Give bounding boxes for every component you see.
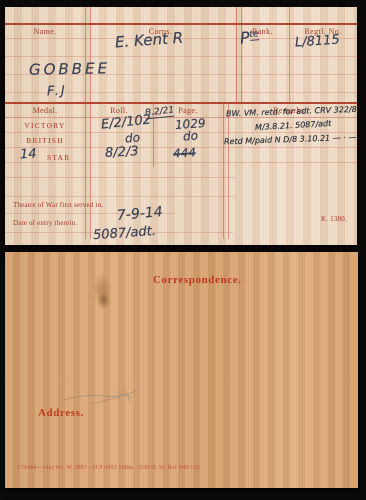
scanned-medal-index-card: Name. Corps. Rank. Regtl. No. E. Kent R … — [0, 0, 366, 500]
medal-name-victory: VICTORY — [5, 121, 85, 130]
roll-entry-victory: E/2/102 — [100, 112, 151, 132]
column-divider-rank-regtl — [289, 7, 290, 102]
form-code: K. 1380. — [321, 215, 347, 223]
column-divider-corps-rank — [236, 7, 242, 102]
rule-mid-heavy — [5, 102, 357, 104]
medal-star-prefix-entry: 14 — [20, 147, 37, 163]
pencil-scribble — [60, 382, 140, 408]
initials-entry: F.J — [47, 84, 67, 100]
address-label: Address. — [38, 407, 84, 419]
theatre-of-war-label: Theatre of War first served in. — [13, 201, 103, 209]
reference-annotation: 5087/adt. — [93, 224, 157, 243]
printer-imprint: 179484—14a) Wt. W 3987—H.P 6451 500m. 19… — [17, 465, 200, 471]
medal-column-header: Medal. — [5, 106, 85, 115]
correspondence-label: Correspondence. — [153, 274, 242, 286]
table-row-line — [5, 132, 357, 133]
rank-entry-sup: te — [249, 29, 259, 41]
remarks-line-3: Retd M/paid N D/8 3.10.21 — · — — [224, 133, 357, 147]
surname-entry: GOBBEE — [29, 59, 110, 78]
ruled-line — [5, 56, 357, 57]
table-row-line — [5, 162, 357, 163]
regtl-no-entry: L/8115 — [295, 32, 341, 50]
medal-name-british: BRITISH — [5, 136, 85, 145]
roll-entry-star: 8/2/3 — [105, 144, 139, 161]
rank-entry: Pte — [239, 27, 259, 48]
medal-card-back: Correspondence. Address. 179484—14a) Wt.… — [5, 252, 358, 488]
medal-name-star: STAR — [47, 153, 77, 162]
medal-card-front: Name. Corps. Rank. Regtl. No. E. Kent R … — [5, 7, 357, 245]
ink-stain — [85, 268, 119, 314]
date-of-entry-value: 7-9-14 — [116, 204, 163, 224]
page-entry-british: do — [182, 128, 198, 143]
ruled-line — [5, 177, 235, 178]
remarks-line-2: M/3.8.21. 5087/adt — [255, 119, 332, 132]
page-entry-star: 444 — [173, 145, 197, 160]
ruled-line — [5, 196, 235, 197]
date-of-entry-label: Date of entry therein. — [13, 219, 77, 227]
column-divider-page-remarks — [223, 102, 229, 239]
name-column-header: Name. — [5, 27, 85, 36]
rule-top-heavy — [5, 23, 357, 25]
corps-entry: E. Kent R — [114, 29, 183, 52]
